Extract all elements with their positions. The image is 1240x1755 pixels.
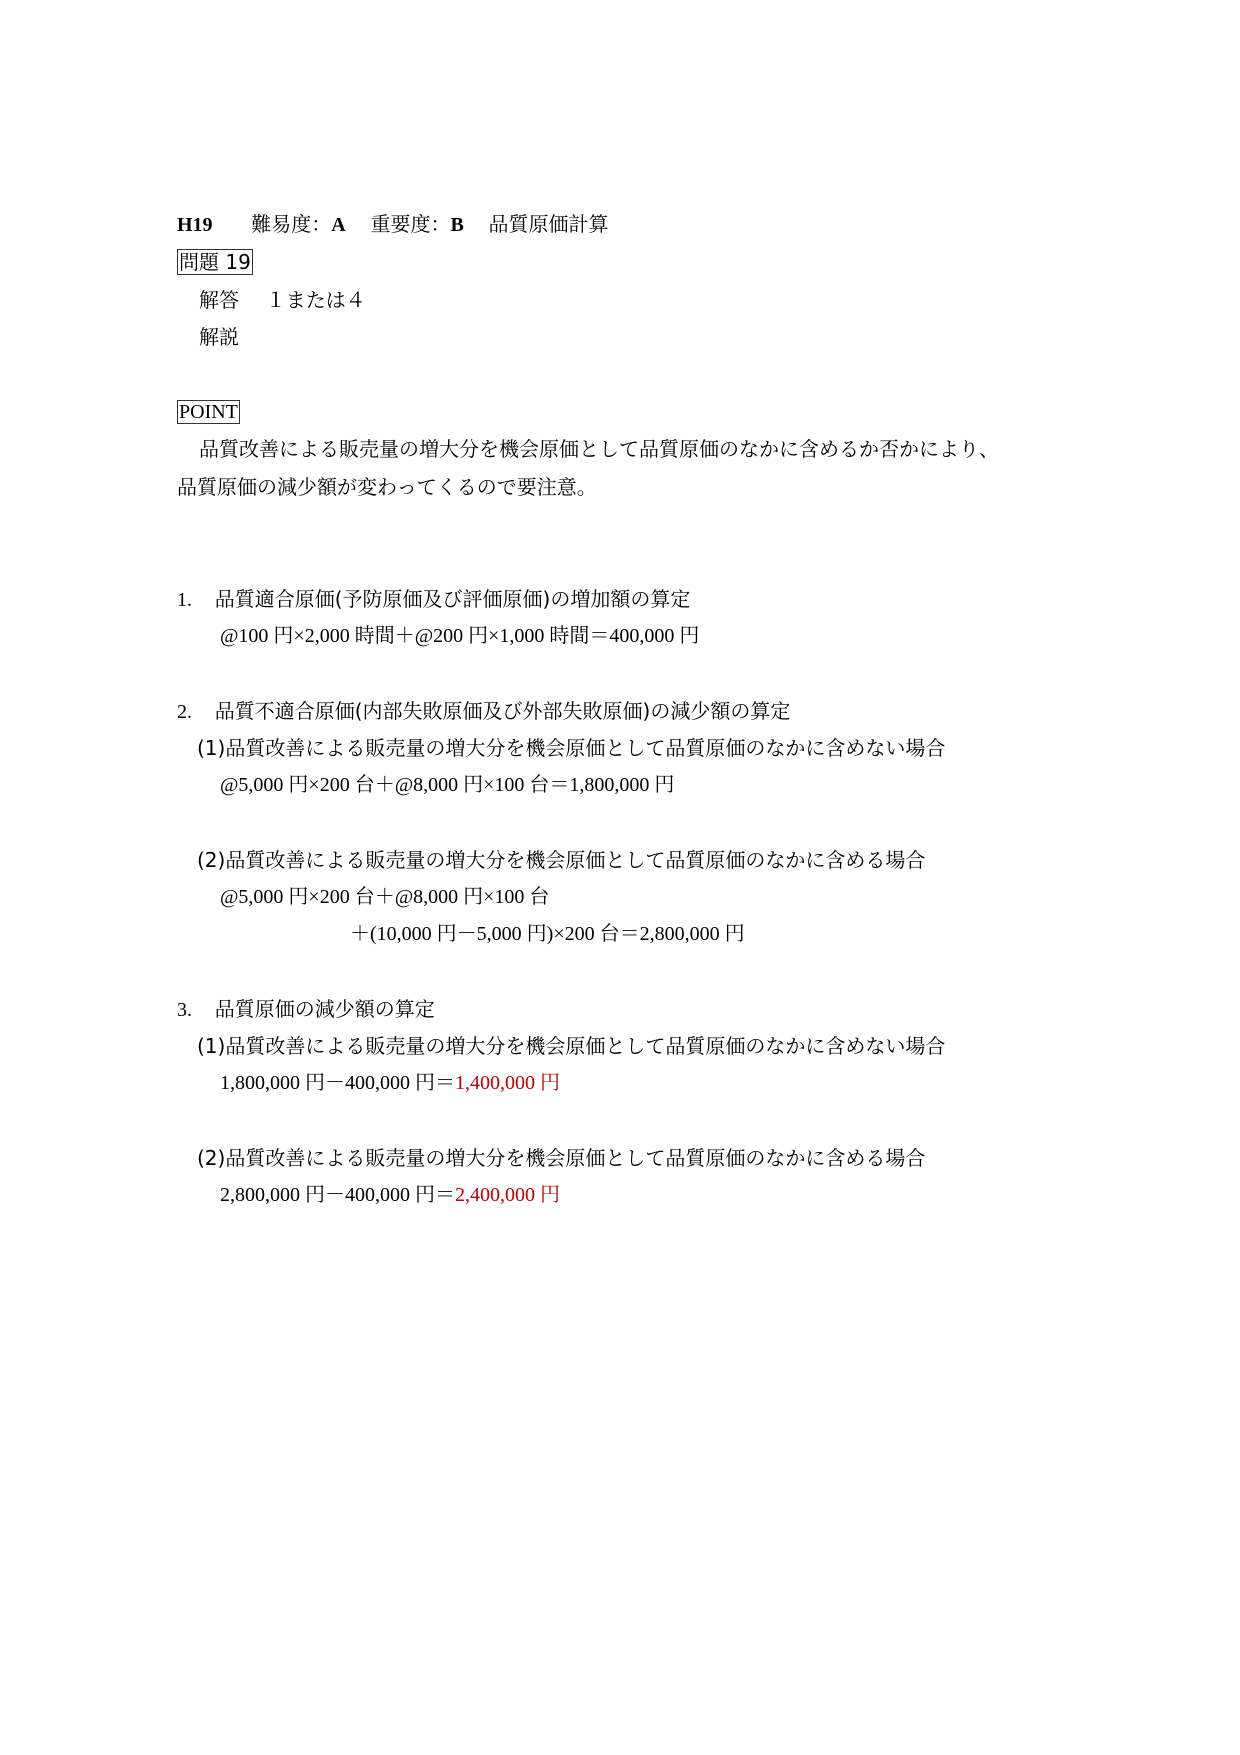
answer-label: 解答	[199, 288, 239, 312]
section-number: 1.	[177, 589, 192, 611]
point-label: POINT	[177, 400, 240, 424]
section-1-heading: 1. 品質適合原価(予防原価及び評価原価)の増加額の算定	[177, 587, 690, 612]
difficulty-label: 難易度：	[251, 212, 331, 236]
section-3-case-2-calc: 2,800,000 円－400,000 円＝2,400,000 円	[220, 1183, 560, 1207]
section-2-heading: 2. 品質不適合原価(内部失敗原価及び外部失敗原価)の減少額の算定	[177, 699, 790, 724]
section-3-case-1-label: (1)品質改善による販売量の増大分を機会原価として品質原価のなかに含めない場合	[197, 1034, 945, 1058]
section-2-case-2-calc: @5,000 円×200 台＋@8,000 円×100 台	[220, 885, 549, 909]
point-text-line1: 品質改善による販売量の増大分を機会原価として品質原価のなかに含めるか否かにより、	[199, 437, 999, 461]
section-2-case-2-calc-cont: ＋(10,000 円－5,000 円)×200 台＝2,800,000 円	[350, 922, 745, 946]
calc-expression: 2,800,000 円－400,000 円＝	[220, 1184, 455, 1206]
topic-title: 品質原価計算	[489, 212, 609, 236]
section-2-case-1-calc: @5,000 円×200 台＋@8,000 円×100 台＝1,800,000 …	[220, 773, 674, 797]
section-2-case-1-label: (1)品質改善による販売量の増大分を機会原価として品質原価のなかに含めない場合	[197, 736, 945, 760]
section-3-case-2-label: (2)品質改善による販売量の増大分を機会原価として品質原価のなかに含める場合	[197, 1146, 925, 1170]
explanation-label: 解説	[199, 325, 239, 349]
importance-label: 重要度：	[370, 212, 450, 236]
result-highlight: 1,400,000 円	[455, 1072, 560, 1094]
section-title: 品質原価の減少額の算定	[215, 997, 435, 1021]
point-heading: POINT	[177, 400, 240, 424]
difficulty-value: A	[331, 214, 345, 236]
section-2-case-2-label: (2)品質改善による販売量の増大分を機会原価として品質原価のなかに含める場合	[197, 848, 925, 872]
answer-line: 解答 １または４	[199, 288, 366, 312]
section-title: 品質不適合原価(内部失敗原価及び外部失敗原価)の減少額の算定	[215, 699, 791, 723]
section-1-calc: @100 円×2,000 時間＋@200 円×1,000 時間＝400,000 …	[220, 624, 699, 648]
problem-number: 問題 19	[177, 250, 253, 274]
calc-expression: 1,800,000 円－400,000 円＝	[220, 1072, 455, 1094]
problem-label: 問題 19	[177, 249, 253, 275]
answer-value: １または４	[266, 288, 366, 312]
header-line: H19 難易度：A 重要度：B 品質原価計算	[177, 212, 609, 237]
section-number: 3.	[177, 999, 192, 1021]
result-highlight: 2,400,000 円	[455, 1184, 560, 1206]
section-3-heading: 3. 品質原価の減少額の算定	[177, 997, 435, 1022]
section-number: 2.	[177, 701, 192, 723]
year-label: H19	[177, 214, 213, 236]
section-3-case-1-calc: 1,800,000 円－400,000 円＝1,400,000 円	[220, 1071, 560, 1095]
importance-value: B	[450, 214, 463, 236]
section-title: 品質適合原価(予防原価及び評価原価)の増加額の算定	[215, 587, 691, 611]
point-text-line2: 品質原価の減少額が変わってくるので要注意。	[177, 475, 597, 499]
